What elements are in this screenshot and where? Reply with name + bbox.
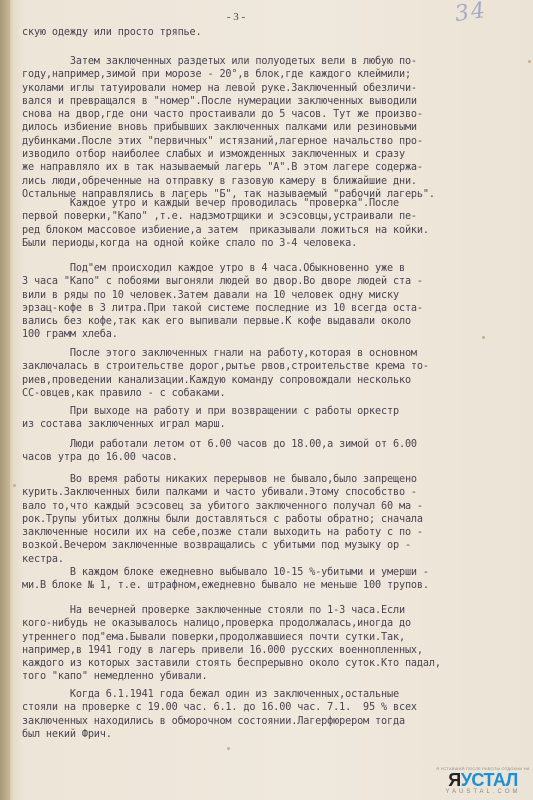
text-line: курить.Заключенных били палками и часто …	[22, 486, 527, 499]
text-line: эрзац-кофе в 3 литра.При такой системе п…	[22, 302, 527, 315]
text-line: утреннего под"ема.Бывали поверки,продолж…	[22, 631, 527, 644]
text-line: рок.Трупы убитых должны были доставлятьс…	[22, 513, 527, 526]
text-line: первой поверки,"Капо" ,т.е. надзмотрщики…	[22, 210, 527, 223]
text-line: СС-овцев,как правило - с собаками.	[22, 387, 527, 400]
paragraph: Когда 6.1.1941 года бежал один из заключ…	[22, 688, 527, 741]
text-line: уколами иглы татуировали номер на левой …	[22, 82, 527, 95]
text-line: изводило отбор наиболее слабых и изможде…	[22, 148, 527, 161]
text-line: заключалась в строительстве дорог,рытье …	[22, 360, 527, 373]
paragraph: В каждом блоке ежедневно выбывало 10-15 …	[22, 566, 527, 593]
paragraph: Во время работы никаких перерывов не быв…	[22, 473, 527, 566]
text-line: заключенные носили их на себе,позже стал…	[22, 526, 527, 539]
text-line: ред блоком массовое избиение,а затем при…	[22, 224, 527, 237]
text-line: вался и превращался в "номер".После нуме…	[22, 95, 527, 108]
paper-speck	[13, 484, 16, 487]
text-line: скую одежду или просто тряпье.	[22, 26, 527, 39]
text-line: 3 часа "Капо" с побоями выгоняли людей в…	[22, 275, 527, 288]
paragraph: Каждое утро и каждый вечер проводилась "…	[22, 197, 527, 250]
binding-edge	[0, 0, 10, 800]
text-line: вались без кофе,так как его выпивали пер…	[22, 315, 527, 328]
paper-speck	[528, 60, 531, 63]
text-line: ми.В блоке № 1, т.е. штрафном,ежедневно …	[22, 579, 527, 592]
paper-speck	[227, 747, 230, 750]
text-line: того "капо" немедленно убивали.	[22, 670, 527, 683]
text-line: снова на двор,где они часто простаивали …	[22, 108, 527, 121]
watermark-logo-first: Я	[448, 770, 460, 790]
watermark-url: YAUSTAL.COM	[434, 789, 532, 795]
paragraph: Затем заключенных раздетых или полуодеты…	[22, 55, 527, 201]
text-line: При выходе на работу и при возвращении с…	[22, 405, 527, 418]
paragraph: На вечерней проверке заключенные стояли …	[22, 604, 527, 684]
paragraph: Люди работали летом от 6.00 часов до 18.…	[22, 438, 527, 465]
text-line: Во время работы никаких перерывов не быв…	[22, 473, 527, 486]
text-line: году,например,зимой при морозе - 20°,в б…	[22, 68, 527, 81]
watermark-logo: ЯУСТАЛ	[434, 771, 532, 789]
text-line: На вечерней проверке заключенные стояли …	[22, 604, 527, 617]
text-line: кестра.	[22, 553, 527, 566]
text-line: же направляло их в так называемый лагерь…	[22, 161, 527, 174]
text-line: из состава заключенных играл марш.	[22, 418, 527, 431]
paragraph: скую одежду или просто тряпье.	[22, 26, 527, 39]
text-line: Были периоды,когда на одной койке спало …	[22, 237, 527, 250]
text-line: дилось избиение вновь прибывших заключен…	[22, 121, 527, 134]
text-line: кого-нибудь не оказывалось налицо,провер…	[22, 617, 527, 630]
text-line: Когда 6.1.1941 года бежал один из заключ…	[22, 688, 527, 701]
watermark: Я УСТАВШИЙ ПОСЛЕ РАБОТЫ ОТДОХНИ НА ЯУСТА…	[434, 766, 532, 795]
paragraph: После этого заключенных гнали на работу,…	[22, 347, 527, 400]
text-line: Затем заключенных раздетых или полуодеты…	[22, 55, 527, 68]
text-line: После этого заключенных гнали на работу,…	[22, 347, 527, 360]
text-line: Каждое утро и каждый вечер проводилась "…	[22, 197, 527, 210]
paragraph: Под"ем происходил каждое утро в 4 часа.О…	[22, 262, 527, 342]
text-line: возкой.Вечером заключенные возвращались …	[22, 539, 527, 552]
archive-page-number: 34	[453, 0, 488, 27]
paper-speck	[482, 336, 485, 339]
text-line: 100 грамм хлеба.	[22, 328, 527, 341]
text-line: стояли на проверке с 19.00 час. 6.1. до …	[22, 701, 527, 714]
text-line: каждого из которых заставили стоять бесп…	[22, 657, 527, 670]
text-line: В каждом блоке ежедневно выбывало 10-15 …	[22, 566, 527, 579]
text-line: Люди работали летом от 6.00 часов до 18.…	[22, 438, 527, 451]
page-number: - 3 -	[196, 11, 276, 23]
text-line: вили в ряды по 10 человек.Затем давали н…	[22, 289, 527, 302]
document-page: 34 - 3 - скую одежду или просто тряпье. …	[0, 0, 533, 800]
text-line: заключенных находились в обморочном сост…	[22, 715, 527, 728]
watermark-logo-rest: УСТАЛ	[461, 770, 518, 790]
text-line: дубинками.После этих "первичных" истязан…	[22, 135, 527, 148]
text-line: лись люди,обреченные на отправку в газов…	[22, 175, 527, 188]
text-line: риев,проведении канализации.Каждую коман…	[22, 374, 527, 387]
text-line: Под"ем происходил каждое утро в 4 часа.О…	[22, 262, 527, 275]
text-line: часов утра до 16.00 часов.	[22, 451, 527, 464]
text-line: например,в 1941 году в лагерь привели 16…	[22, 644, 527, 657]
text-line: был некий Фрич.	[22, 728, 527, 741]
text-line: вало то,что каждый эсэсовец за убитого з…	[22, 500, 527, 513]
paragraph: При выходе на работу и при возвращении с…	[22, 405, 527, 432]
